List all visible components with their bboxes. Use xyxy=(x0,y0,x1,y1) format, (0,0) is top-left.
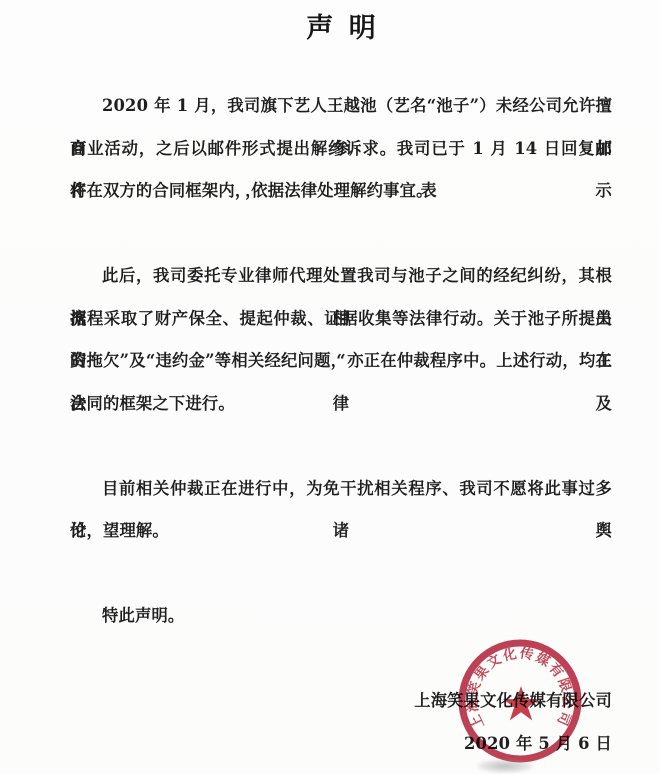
paragraph-3: 目前相关仲裁正在进行中，为免干扰相关程序、我司不愿将此事过多付诸舆 论，望理解。 xyxy=(70,468,612,553)
seal-star-icon xyxy=(503,686,539,720)
statement-document: 声 明 2020 年 1 月，我司旗下艺人王越池（艺名“池子”）未经公司允许擅自… xyxy=(0,0,660,774)
paragraph-2: 此后，我司委托专业律师代理处置我司与池子之间的经纪纠纷，其根据相关 流程采取了财… xyxy=(70,255,612,425)
paragraph-2-line-3: 资拖欠”及“违约金”等相关经纪问题，亦正在仲裁程序中。上述行动，均在法律及 xyxy=(70,340,612,383)
paragraph-2-line-1: 此后，我司委托专业律师代理处置我司与池子之间的经纪纠纷，其根据相关 xyxy=(70,255,612,298)
paragraph-2-line-2: 流程采取了财产保全、提起仲裁、证据收集等法律行动。关于池子所提出的“工 xyxy=(70,298,612,341)
company-seal-stamp-icon: 上海笑果文化传媒有限公司 xyxy=(450,631,590,771)
paragraph-1-line-1: 2020 年 1 月，我司旗下艺人王越池（艺名“池子”）未经公司允许擅自参加 xyxy=(70,85,612,128)
stamp-ink-smudge xyxy=(476,759,534,773)
paragraph-3-line-1: 目前相关仲裁正在进行中，为免干扰相关程序、我司不愿将此事过多付诸舆 xyxy=(70,468,612,511)
paragraph-1-line-2: 商业活动，之后以邮件形式提出解约诉求。我司已于 1 月 14 日回复邮件，表示 xyxy=(70,128,612,171)
page-title: 声 明 xyxy=(70,0,612,46)
paragraph-1: 2020 年 1 月，我司旗下艺人王越池（艺名“池子”）未经公司允许擅自参加 商… xyxy=(70,85,612,213)
